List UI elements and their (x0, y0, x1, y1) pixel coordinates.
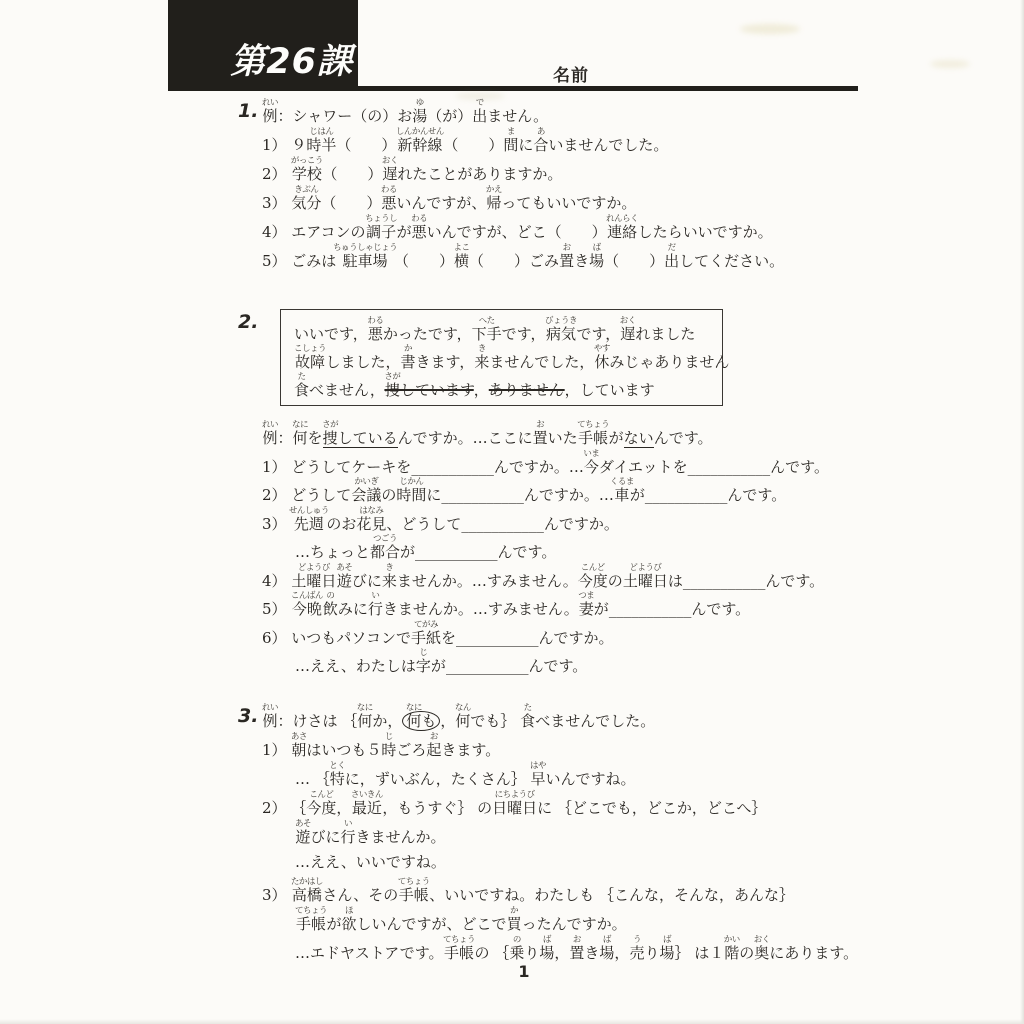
s2-item-6: 6） いつもパソコンで手紙てがみを___________んですか。 (262, 620, 1010, 649)
s3-example-line: 例れい：けさは ｛何なにか，何なにも，何なんでも｝ 食たべませんでした。 (262, 703, 1010, 732)
s2-item-3-answer: …ちょっと都合つごうが___________んです。 (262, 534, 1010, 563)
s3-item-3: 3） 高橋たかはしさん、その手帳てちょう、いいですね。わたしも ｛こんな，そんな… (262, 877, 1010, 906)
scan-page-edge (1020, 0, 1024, 1024)
section-2-number: 2. (238, 311, 258, 333)
s2-item-1: 1） どうしてケーキを___________んですか。…今いまダイエットを___… (262, 449, 1010, 478)
s1-item-2: 2） 学校がっこう（ ）遅おくれたことがありますか。 (262, 156, 1010, 185)
word-bank-line-3: 食たべません，捜さがしています，ありません，しています (294, 372, 709, 400)
word-bank-box: いいです，悪わるかったです，下手へたです，病気びょうきです，遅おくれました 故障… (280, 309, 723, 406)
s1-item-3: 3） 気分きぶん（ ）悪わるいんですが、帰かえってもいいですか。 (262, 185, 1010, 214)
scan-page-edge (0, 1019, 1024, 1024)
section-3-number: 3. (238, 705, 258, 727)
name-label: 名前 (553, 61, 589, 86)
scan-smudge (930, 60, 970, 68)
s3-item-2-cont: 遊あそびに行いきませんか。 (262, 819, 1010, 848)
scan-smudge (740, 24, 800, 34)
s2-items: 例れい：何なにを捜さがしているんですか。…ここに置おいた手帳てちょうがないんです… (262, 420, 1010, 677)
s3-item-2-answer: …ええ、いいですね。 (262, 848, 1010, 877)
name-write-line (168, 86, 858, 91)
exercise-section-1: 1. 例れい：シャワー（の）お湯ゆ（が）出でません。 1） ９時半じはん（ ）新… (240, 98, 1010, 272)
s3-item-3-answer: …エドヤストアです。手帳てちょうの ｛乗のり場ば，置おき場ば，売うり場ば｝ は１… (262, 935, 1010, 964)
s1-item-4: 4） エアコンの調子ちょうしが悪わるいんですが、どこ（ ）連絡れんらくしたらいい… (262, 214, 1010, 243)
exercise-section-2: 2. いいです，悪わるかったです，下手へたです，病気びょうきです，遅おくれました… (240, 309, 1010, 677)
s2-item-2: 2） どうして会議かいぎの時間じかんに___________んですか。…車くるま… (262, 477, 1010, 506)
s3-item-1-answer: … ｛特とくに，ずいぶん，たくさん｝ 早はやいんですね。 (262, 761, 1010, 790)
worksheet-content: 1. 例れい：シャワー（の）お湯ゆ（が）出でません。 1） ９時半じはん（ ）新… (240, 98, 1010, 964)
s1-example-line: 例れい：シャワー（の）お湯ゆ（が）出でません。 (262, 98, 1010, 127)
s1-item-1: 1） ９時半じはん（ ）新幹線しんかんせん（ ）間まに合あいませんでした。 (262, 127, 1010, 156)
s2-item-5: 5） 今晩こんばん飲のみに行いきませんか。…すみません。妻つまが________… (262, 591, 1010, 620)
s1-item-5: 5） ごみは駐車場ちゅうしゃじょう（ ）横よこ（ ）ごみ置おき場ば（ ）出だして… (262, 243, 1010, 272)
s2-item-4: 4） 土曜日どようび遊あそびに来きませんか。…すみません。今度こんどの土曜日どよ… (262, 563, 1010, 592)
word-bank-line-1: いいです，悪わるかったです，下手へたです，病気びょうきです，遅おくれました (294, 316, 709, 344)
s2-item-6-answer: …ええ、わたしは字じが___________んです。 (262, 648, 1010, 677)
s2-item-3: 3） 先週せんしゅうのお花見はなみ、どうして___________んですか。 (262, 506, 1010, 535)
page-number: 1 (506, 962, 542, 981)
word-bank-line-2: 故障こしょうしました，書かきます，来きませんでした，休やすみじゃありません (294, 344, 709, 372)
lesson-title: 第26課 (230, 34, 353, 84)
s3-item-3-cont: 手帳てちょうが欲ほしいんですが、どこで買かったんですか。 (262, 906, 1010, 935)
s3-item-2: 2） ｛今度こんど，最近さいきん，もうすぐ｝ の日曜日にちようびに ｛どこでも，… (262, 790, 1010, 819)
lesson-title-banner: 第26課 (168, 0, 358, 91)
exercise-section-3: 3. 例れい：けさは ｛何なにか，何なにも，何なんでも｝ 食たべませんでした。 … (240, 703, 1010, 964)
worksheet-page: 第26課 名前 1. 例れい：シャワー（の）お湯ゆ（が）出でません。 1） ９時… (0, 0, 1024, 1024)
s3-item-1: 1） 朝あさはいつも５時じごろ起おきます。 (262, 732, 1010, 761)
section-1-number: 1. (238, 100, 258, 122)
s2-example-line: 例れい：何なにを捜さがしているんですか。…ここに置おいた手帳てちょうがないんです… (262, 420, 1010, 449)
